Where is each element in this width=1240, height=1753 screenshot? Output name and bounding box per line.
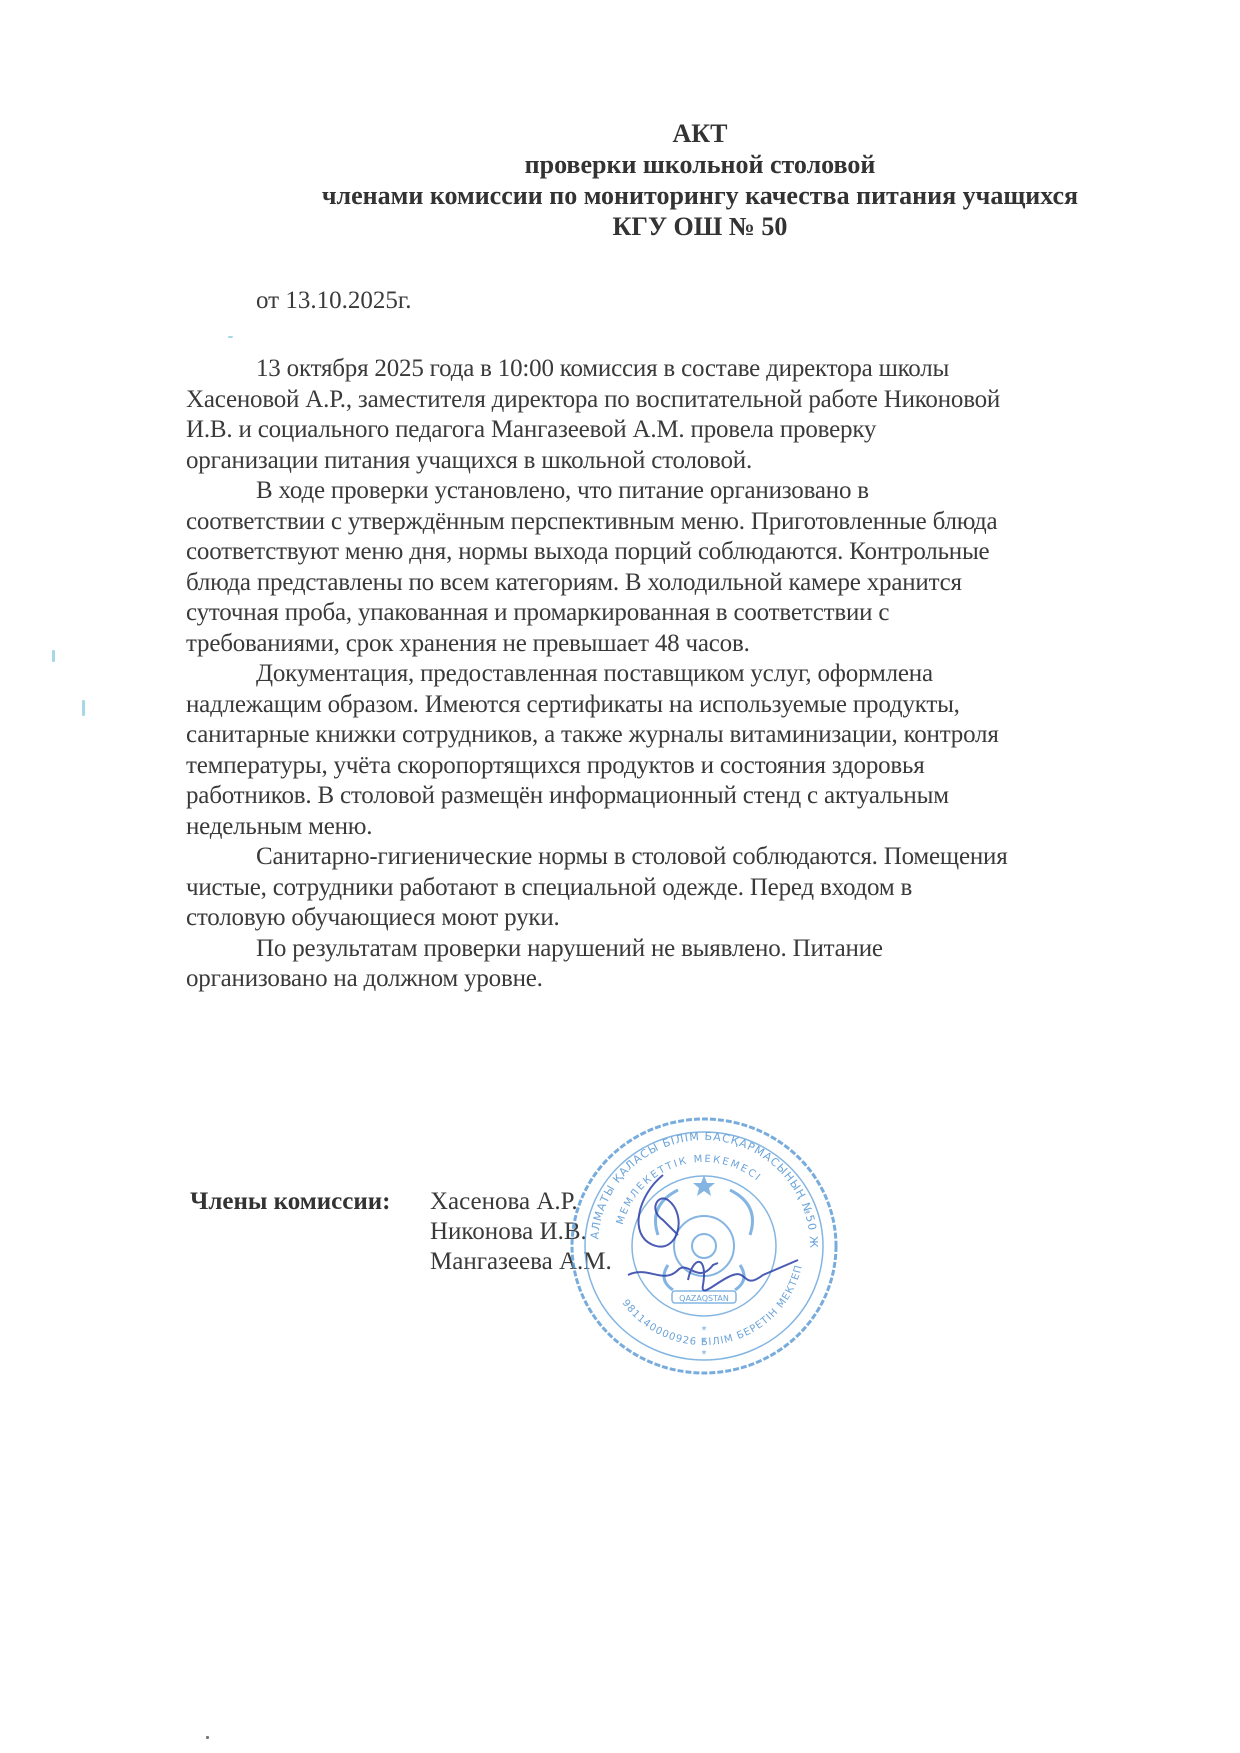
member-name: Хасенова А.Р. bbox=[430, 1187, 578, 1217]
handwritten-signature-icon bbox=[628, 1175, 798, 1290]
document-subtitle-2: членами комиссии по мониторингу качества… bbox=[250, 180, 1150, 211]
signature-block: Члены комиссии:Хасенова А.Р. Никонова И.… bbox=[190, 1187, 612, 1277]
document-title: АКТ bbox=[250, 118, 1150, 149]
body-line: соответствии с утверждённым перспективны… bbox=[186, 507, 1166, 538]
body-line: надлежащим образом. Имеются сертификаты … bbox=[186, 690, 1166, 721]
body-line: В ходе проверки установлено, что питание… bbox=[186, 476, 1166, 507]
commission-members-label: Члены комиссии: bbox=[190, 1187, 430, 1217]
signature-row: Члены комиссии:Хасенова А.Р. bbox=[190, 1187, 612, 1217]
body-line: чистые, сотрудники работают в специально… bbox=[186, 873, 1166, 904]
scan-artifact bbox=[52, 650, 55, 662]
svg-text:*: * bbox=[702, 1349, 707, 1360]
svg-text:*: * bbox=[702, 1337, 707, 1348]
body-line: соответствуют меню дня, нормы выхода пор… bbox=[186, 537, 1166, 568]
signature-row: Мангазеева А.М. bbox=[190, 1247, 612, 1277]
document-body: 13 октября 2025 года в 10:00 комиссия в … bbox=[186, 354, 1166, 995]
body-line: Документация, предоставленная поставщико… bbox=[186, 659, 1166, 690]
document-date: от 13.10.2025г. bbox=[256, 286, 412, 316]
body-line: работников. В столовой размещён информац… bbox=[186, 781, 1166, 812]
svg-text:*: * bbox=[702, 1325, 707, 1336]
body-line: блюда представлены по всем категориям. В… bbox=[186, 568, 1166, 599]
body-line: требованиями, срок хранения не превышает… bbox=[186, 629, 1166, 660]
body-line: 13 октября 2025 года в 10:00 комиссия в … bbox=[186, 354, 1166, 385]
body-line: суточная проба, упакованная и промаркиро… bbox=[186, 598, 1166, 629]
body-line: Хасеновой А.Р., заместителя директора по… bbox=[186, 385, 1166, 416]
body-line: И.В. и социального педагога Мангазеевой … bbox=[186, 415, 1166, 446]
body-line: организовано на должном уровне. bbox=[186, 964, 1166, 995]
document-header: АКТ проверки школьной столовой членами к… bbox=[250, 118, 1150, 242]
member-name: Мангазеева А.М. bbox=[430, 1247, 612, 1277]
body-line: недельным меню. bbox=[186, 812, 1166, 843]
body-line: столовую обучающиеся моют руки. bbox=[186, 903, 1166, 934]
body-line: По результатам проверки нарушений не выя… bbox=[186, 934, 1166, 965]
body-line: санитарные книжки сотрудников, а также ж… bbox=[186, 720, 1166, 751]
member-name: Никонова И.В. bbox=[430, 1217, 587, 1247]
body-line: Санитарно-гигиенические нормы в столовой… bbox=[186, 842, 1166, 873]
scan-artifact bbox=[228, 336, 233, 338]
scan-artifact bbox=[82, 700, 85, 716]
scan-artifact bbox=[206, 1736, 209, 1739]
svg-text:QAZAQSTAN: QAZAQSTAN bbox=[679, 1294, 729, 1303]
body-line: организации питания учащихся в школьной … bbox=[186, 446, 1166, 477]
organization-name: КГУ ОШ № 50 bbox=[250, 211, 1150, 242]
body-line: температуры, учёта скоропортящихся проду… bbox=[186, 751, 1166, 782]
document-page: АКТ проверки школьной столовой членами к… bbox=[0, 0, 1240, 1753]
document-subtitle-1: проверки школьной столовой bbox=[250, 149, 1150, 180]
svg-text:МЕМЛЕКЕТТІК МЕКЕМЕСІ: МЕМЛЕКЕТТІК МЕКЕМЕСІ bbox=[615, 1154, 764, 1226]
signature-row: Никонова И.В. bbox=[190, 1217, 612, 1247]
svg-text:981140000926 БІЛІМ БЕРЕТІН МЕК: 981140000926 БІЛІМ БЕРЕТІН МЕКТЕП bbox=[620, 1263, 805, 1348]
